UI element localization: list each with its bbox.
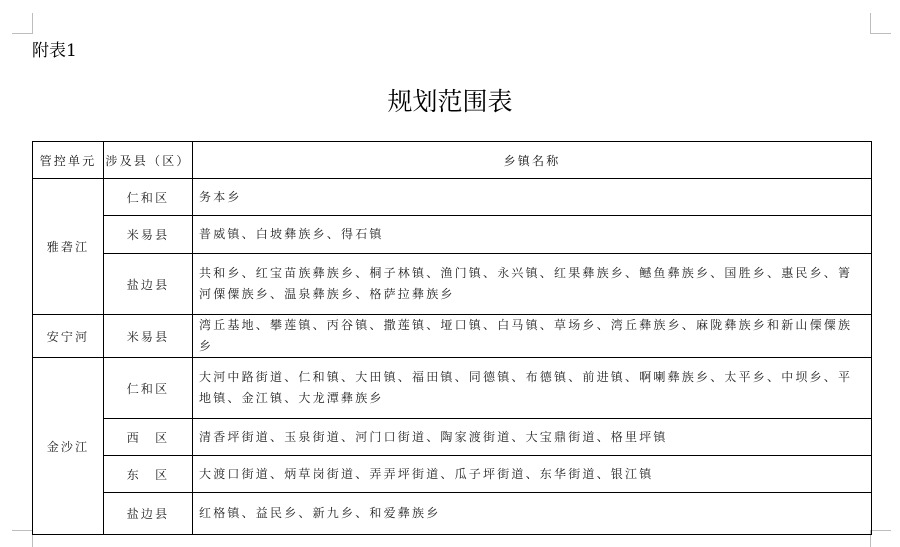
control-unit-cell: 金沙江	[33, 358, 104, 535]
appendix-label: 附表1	[32, 40, 77, 62]
page-corner-mark-bottom-right	[870, 530, 891, 547]
county-cell: 盐边县	[104, 493, 193, 535]
town-names-cell: 大渡口街道、炳草岗街道、弄弄坪街道、瓜子坪街道、东华街道、银江镇	[193, 456, 872, 493]
town-names-cell: 清香坪街道、玉泉街道、河门口街道、陶家渡街道、大宝鼎街道、格里坪镇	[193, 419, 872, 456]
control-unit-cell: 雅砻江	[33, 179, 104, 315]
town-names-cell: 红格镇、益民乡、新九乡、和爱彝族乡	[193, 493, 872, 535]
table-row: 东 区 大渡口街道、炳草岗街道、弄弄坪街道、瓜子坪街道、东华街道、银江镇	[33, 456, 872, 493]
county-cell: 东 区	[104, 456, 193, 493]
page-corner-mark-top-right	[870, 13, 891, 34]
county-cell: 盐边县	[104, 254, 193, 315]
table-row: 金沙江 仁和区 大河中路街道、仁和镇、大田镇、福田镇、同德镇、布德镇、前进镇、啊…	[33, 358, 872, 419]
county-cell: 西 区	[104, 419, 193, 456]
town-names-cell: 务本乡	[193, 179, 872, 216]
town-names-cell: 普威镇、白坡彝族乡、得石镇	[193, 216, 872, 254]
town-names-cell: 湾丘基地、攀莲镇、丙谷镇、撒莲镇、垭口镇、白马镇、草场乡、湾丘彝族乡、麻陇彝族乡…	[193, 315, 872, 358]
header-county: 涉及县（区）	[104, 142, 193, 179]
header-control-unit: 管控单元	[33, 142, 104, 179]
header-town-names: 乡镇名称	[193, 142, 872, 179]
county-cell: 米易县	[104, 216, 193, 254]
document-title: 规划范围表	[0, 86, 900, 118]
town-names-cell: 共和乡、红宝苗族彝族乡、桐子林镇、渔门镇、永兴镇、红果彝族乡、鳡鱼彝族乡、国胜乡…	[193, 254, 872, 315]
planning-scope-table: 管控单元 涉及县（区） 乡镇名称 雅砻江 仁和区 务本乡 米易县 普威镇、白坡彝…	[32, 141, 872, 535]
town-names-cell: 大河中路街道、仁和镇、大田镇、福田镇、同德镇、布德镇、前进镇、啊喇彝族乡、太平乡…	[193, 358, 872, 419]
county-cell: 米易县	[104, 315, 193, 358]
county-cell: 仁和区	[104, 358, 193, 419]
table-row: 雅砻江 仁和区 务本乡	[33, 179, 872, 216]
page-corner-mark-bottom-left	[12, 530, 33, 547]
table-row: 西 区 清香坪街道、玉泉街道、河门口街道、陶家渡街道、大宝鼎街道、格里坪镇	[33, 419, 872, 456]
table-header-row: 管控单元 涉及县（区） 乡镇名称	[33, 142, 872, 179]
table-row: 米易县 普威镇、白坡彝族乡、得石镇	[33, 216, 872, 254]
table-row: 盐边县 共和乡、红宝苗族彝族乡、桐子林镇、渔门镇、永兴镇、红果彝族乡、鳡鱼彝族乡…	[33, 254, 872, 315]
table-row: 安宁河 米易县 湾丘基地、攀莲镇、丙谷镇、撒莲镇、垭口镇、白马镇、草场乡、湾丘彝…	[33, 315, 872, 358]
table-row: 盐边县 红格镇、益民乡、新九乡、和爱彝族乡	[33, 493, 872, 535]
control-unit-cell: 安宁河	[33, 315, 104, 358]
county-cell: 仁和区	[104, 179, 193, 216]
page-corner-mark-top-left	[12, 13, 33, 34]
